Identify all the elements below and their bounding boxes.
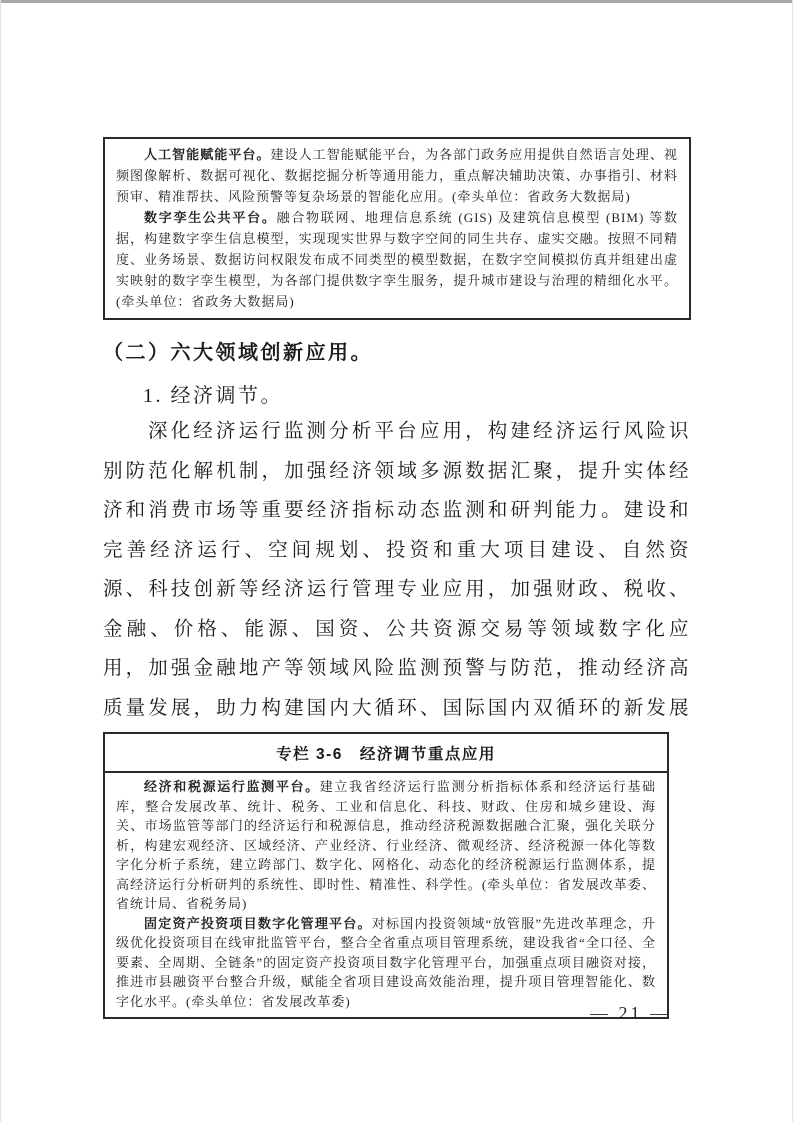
tax-monitor-text: 建立我省经济运行监测分析指标体系和经济运行基础库，整合发展改革、统计、税务、工业… xyxy=(116,779,656,911)
platform-highlight-box: 人工智能赋能平台。建设人工智能赋能平台，为各部门政务应用提供自然语言处理、视频图… xyxy=(103,137,691,320)
page-top-edge xyxy=(0,0,793,3)
digital-twin-platform-name: 数字孪生公共平台。 xyxy=(144,210,277,225)
ai-platform-paragraph: 人工智能赋能平台。建设人工智能赋能平台，为各部门政务应用提供自然语言处理、视频图… xyxy=(116,144,678,207)
digital-twin-paragraph: 数字孪生公共平台。融合物联网、地理信息系统 (GIS) 及建筑信息模型 (BIM… xyxy=(116,207,678,312)
page-number: — 21 — xyxy=(590,1003,671,1024)
tax-monitor-paragraph: 经济和税源运行监测平台。建立我省经济运行监测分析指标体系和经济运行基础库，整合发… xyxy=(116,777,656,914)
body-paragraph: 深化经济运行监测分析平台应用，构建经济运行风险识别防范化解机制，加强经济领域多源… xyxy=(103,412,691,768)
column-box-3-6: 专栏 3-6 经济调节重点应用 经济和税源运行监测平台。建立我省经济运行监测分析… xyxy=(103,732,669,1019)
ai-platform-name: 人工智能赋能平台。 xyxy=(144,147,270,162)
column-box-body: 经济和税源运行监测平台。建立我省经济运行监测分析指标体系和经济运行基础库，整合发… xyxy=(105,773,667,1017)
document-page: 人工智能赋能平台。建设人工智能赋能平台，为各部门政务应用提供自然语言处理、视频图… xyxy=(0,0,793,1122)
investment-platform-paragraph: 固定资产投资项目数字化管理平台。对标国内投资领域“放管服”先进改革理念，升级优化… xyxy=(116,914,656,1012)
subsection-heading: 1. 经济调节。 xyxy=(103,379,691,408)
page-left-edge xyxy=(0,0,1,1122)
section-heading: （二）六大领域创新应用。 xyxy=(103,336,691,365)
investment-platform-name: 固定资产投资项目数字化管理平台。 xyxy=(144,916,372,931)
column-box-title: 专栏 3-6 经济调节重点应用 xyxy=(105,734,667,773)
tax-monitor-platform-name: 经济和税源运行监测平台。 xyxy=(144,779,320,794)
